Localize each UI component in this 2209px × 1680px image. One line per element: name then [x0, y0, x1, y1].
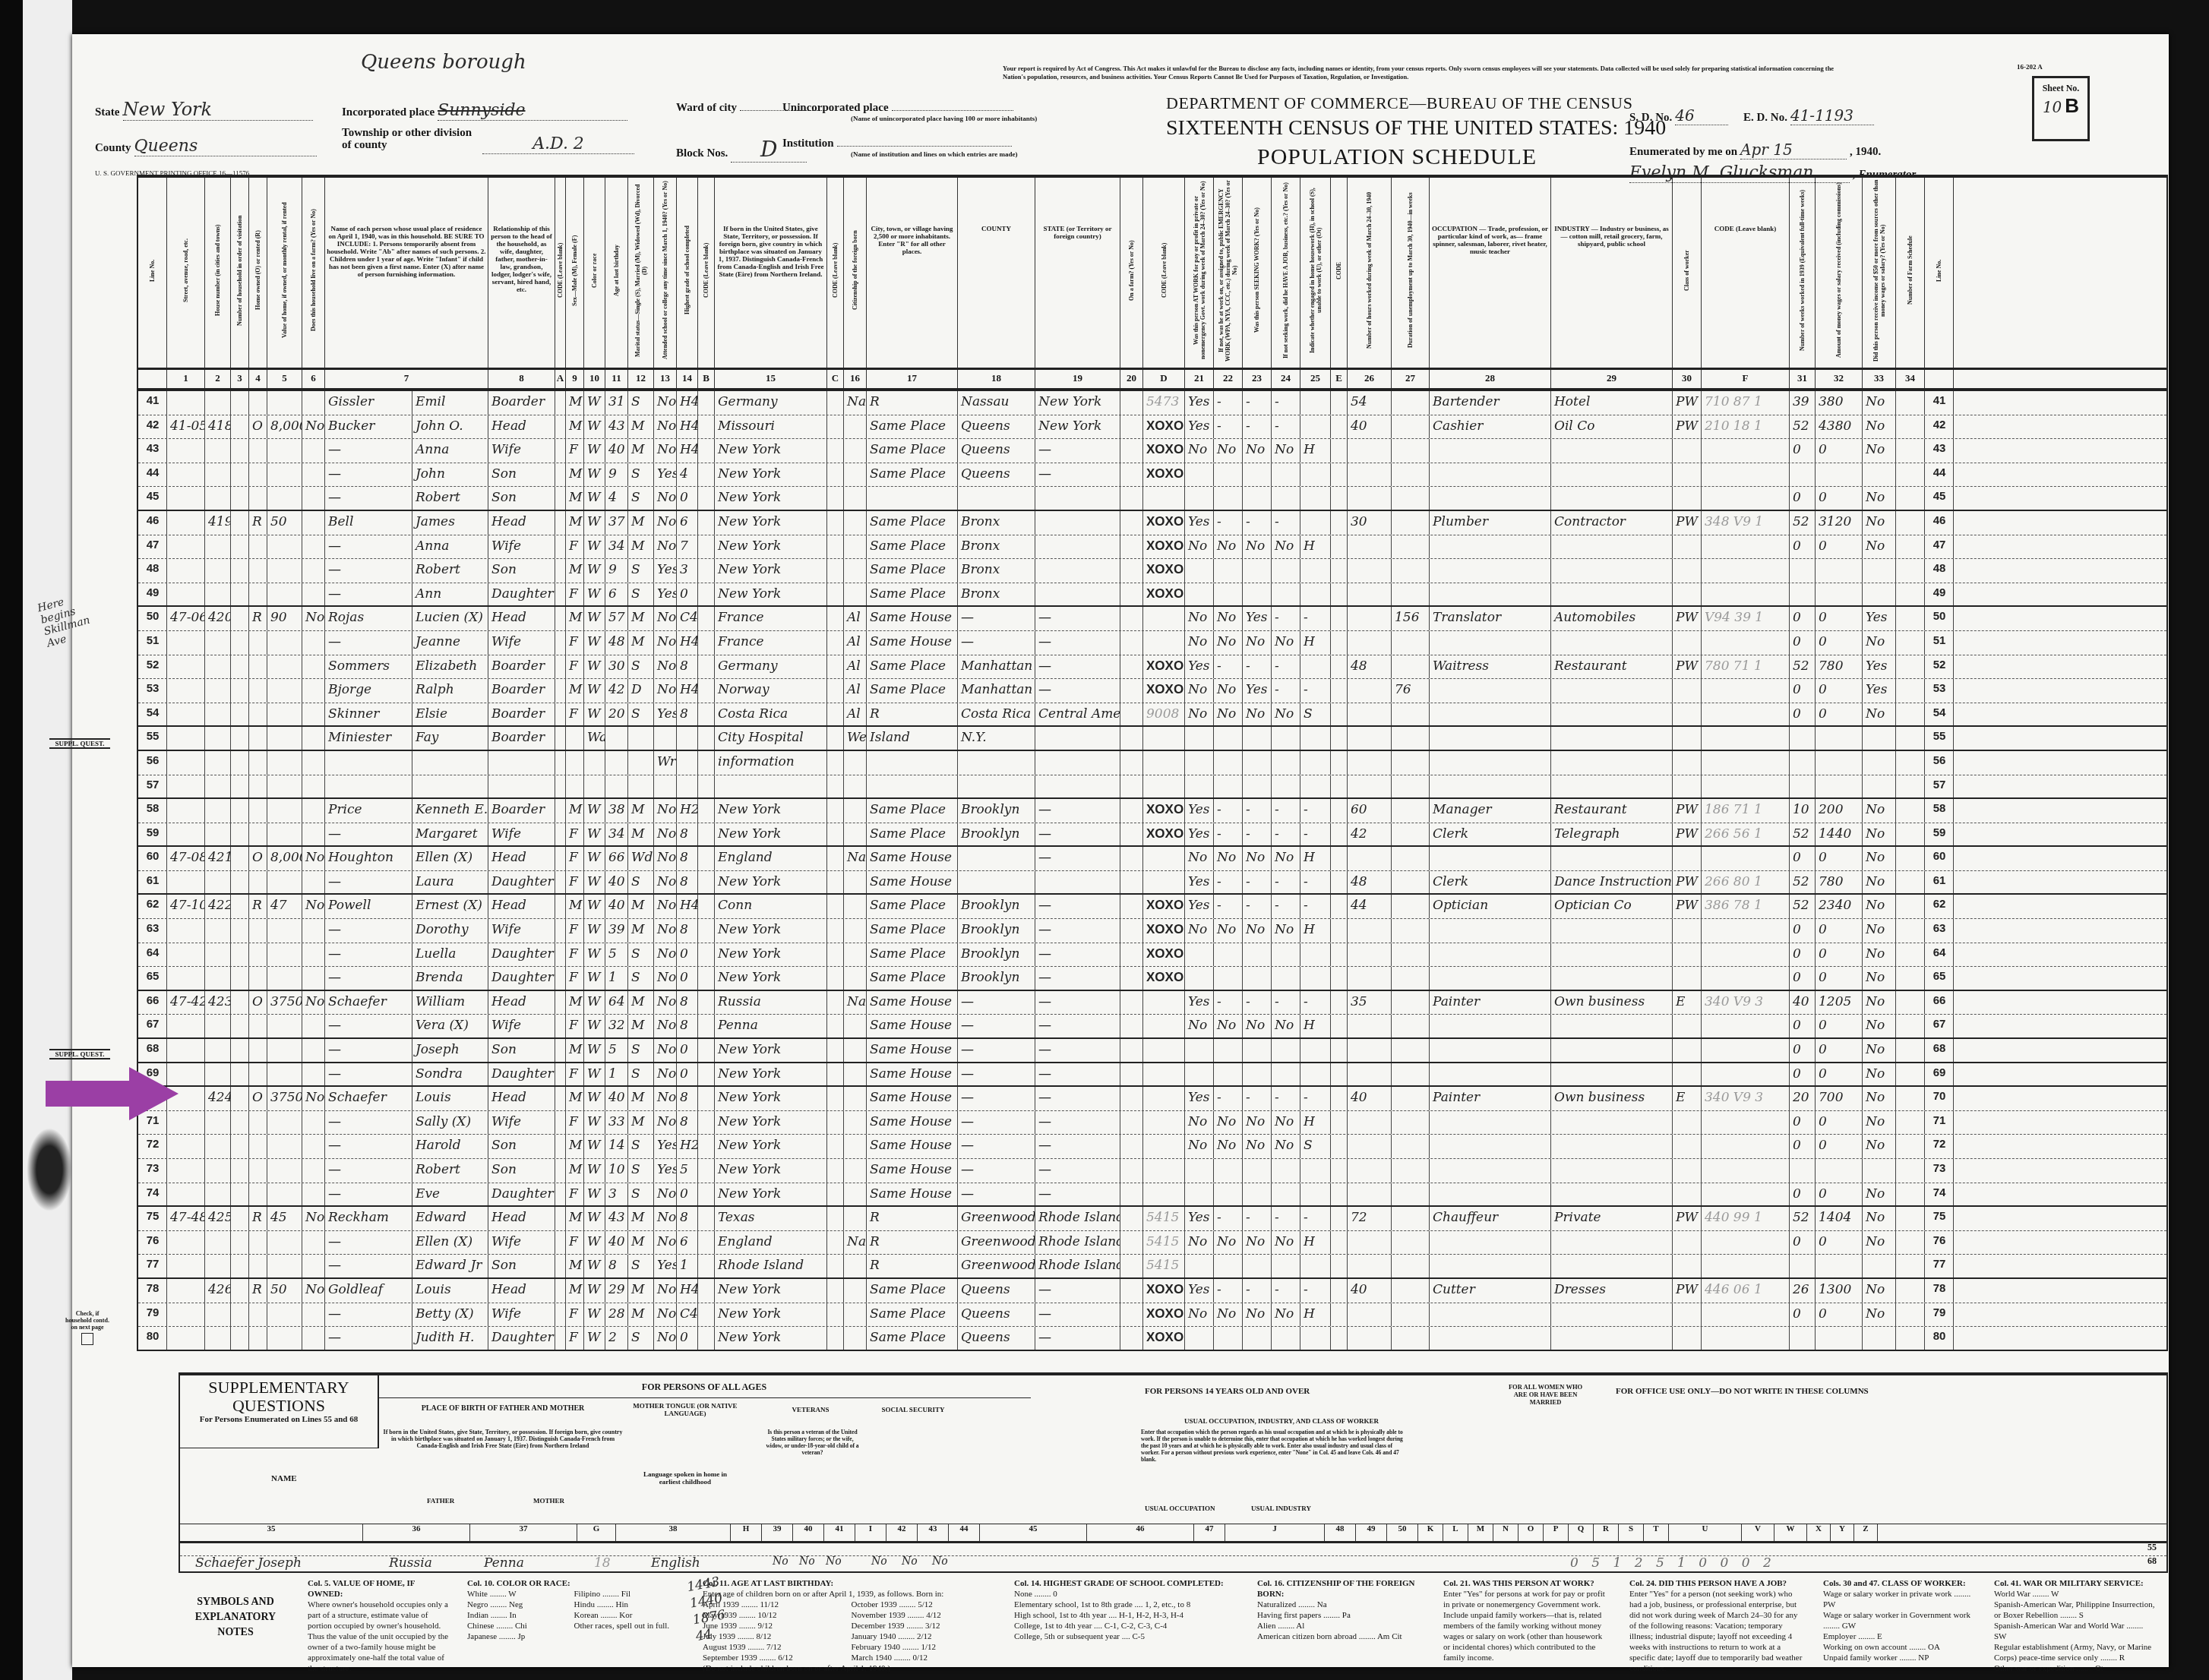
- cell-surname: —: [325, 535, 412, 559]
- cell-resstate: —: [1035, 1135, 1120, 1158]
- cell-34: [1896, 391, 1925, 415]
- cell-farm: No: [302, 991, 325, 1015]
- cell-C: [827, 463, 844, 487]
- cell-c25: [1300, 583, 1331, 606]
- line-number: 67: [138, 1015, 167, 1037]
- cell-sex: F: [566, 1063, 584, 1086]
- cell-hh: [231, 871, 249, 894]
- cell-hh: [231, 919, 249, 943]
- cell-c21: No: [1185, 703, 1214, 726]
- cell-given: Fay: [412, 727, 488, 750]
- cell-marital: M: [628, 919, 654, 943]
- cell-wages: [1816, 1255, 1863, 1277]
- cell-age: 43: [605, 1207, 628, 1230]
- cell-c24: -: [1272, 991, 1300, 1015]
- table-row: 46419R50BellJamesHeadMW37MNo6New YorkSam…: [138, 511, 2166, 535]
- cell-c27: [1392, 655, 1430, 679]
- cell-C: [827, 559, 844, 583]
- cell-rescity: Same Place: [867, 895, 958, 918]
- cell-c24: No: [1272, 703, 1300, 726]
- cell-otherinc: No: [1863, 703, 1896, 726]
- cell-A: [555, 919, 566, 943]
- cell-value: 47: [267, 895, 302, 918]
- cell-value: [267, 583, 302, 606]
- line-number: 48: [1925, 559, 1954, 583]
- cell-hh: [231, 1231, 249, 1255]
- cell-E: [1331, 1159, 1348, 1183]
- cell-surname: Bell: [325, 511, 412, 535]
- cell-class: [1673, 1111, 1702, 1135]
- cell-c21: [1185, 1159, 1214, 1183]
- cell-grade: 0: [677, 1039, 698, 1062]
- column-number: 34: [1896, 370, 1925, 388]
- cell-school: Yes: [654, 703, 677, 726]
- cell-hh: [231, 727, 249, 750]
- cell-A: [555, 727, 566, 750]
- cell-34: [1896, 1279, 1925, 1303]
- cell-c21: Yes: [1185, 823, 1214, 846]
- cell-20: [1120, 847, 1143, 870]
- cell-codef: [1702, 1159, 1790, 1183]
- cell-cit: Na: [844, 847, 867, 870]
- cell-c23: No: [1243, 439, 1272, 463]
- cell-c26: 44: [1348, 895, 1392, 918]
- cell-school: No: [654, 895, 677, 918]
- cell-school: No: [654, 415, 677, 439]
- cell-hh: [231, 847, 249, 870]
- cell-relation: Head: [488, 991, 555, 1015]
- cell-B: [698, 967, 715, 990]
- cell-birthplace: New York: [715, 1087, 827, 1110]
- cell-codef: [1702, 535, 1790, 559]
- cell-codef: 186 71 1: [1702, 799, 1790, 823]
- cell-occupation: Bartender: [1430, 391, 1551, 415]
- cell-sex: M: [566, 463, 584, 487]
- cell-industry: [1551, 559, 1673, 583]
- column-number: 5: [267, 370, 302, 388]
- cell-20: [1120, 1111, 1143, 1135]
- cell-house: [205, 391, 231, 415]
- cell-occupation: Cutter: [1430, 1279, 1551, 1303]
- cell-house: [205, 439, 231, 463]
- cell-occupation: Translator: [1430, 607, 1551, 630]
- cell-given: Jeanne: [412, 631, 488, 655]
- cell-occupation: Clerk: [1430, 823, 1551, 846]
- cell-hh: [231, 1063, 249, 1086]
- cell-given: Judith H.: [412, 1327, 488, 1350]
- cell-occupation: [1430, 847, 1551, 870]
- cell-race: W: [584, 703, 605, 726]
- table-row: 67—Vera (X)WifeFW32MNo8PennaSame House——…: [138, 1015, 2166, 1039]
- cell-E: [1331, 679, 1348, 703]
- cell-codeD: [1143, 1111, 1185, 1135]
- cell-rescounty: Brooklyn: [958, 919, 1035, 943]
- cell-race: W: [584, 1039, 605, 1062]
- cell-class: PW: [1673, 607, 1702, 630]
- cell-school: Yes: [654, 463, 677, 487]
- cell-weeks: [1790, 751, 1816, 775]
- continued-checkbox[interactable]: [81, 1333, 93, 1345]
- table-row: 56Wronginformation56: [138, 751, 2166, 775]
- cell-house: [205, 1135, 231, 1158]
- header-line_no: Line No.: [138, 178, 167, 368]
- cell-value: 90: [267, 607, 302, 630]
- cell-C: [827, 655, 844, 679]
- cell-c21: No: [1185, 679, 1214, 703]
- cell-age: 29: [605, 1279, 628, 1303]
- cell-occupation: [1430, 1183, 1551, 1206]
- column-number: 29: [1551, 370, 1673, 388]
- cell-farm: No: [302, 415, 325, 439]
- cell-birthplace: New York: [715, 487, 827, 510]
- cell-34: [1896, 1135, 1925, 1158]
- cell-own: [249, 655, 267, 679]
- cell-resstate: —: [1035, 823, 1120, 846]
- cell-weeks: 0: [1790, 919, 1816, 943]
- cell-birthplace: Russia: [715, 991, 827, 1015]
- note-item: Elementary school, 1st to 8th grade ....…: [1014, 1599, 1234, 1610]
- cell-grade: C4: [677, 607, 698, 630]
- supp-mother-birthplace: Penna: [484, 1555, 524, 1571]
- header-c23: Was this person SEEKING WORK? (Yes or No…: [1243, 178, 1272, 368]
- note-item: Alien ........ Al: [1257, 1621, 1424, 1631]
- legal-notice: Your report is required by Act of Congre…: [1003, 65, 1838, 81]
- cell-20: [1120, 1183, 1143, 1206]
- cell-weeks: 0: [1790, 703, 1816, 726]
- column-numbers: 12345678A91011121314B15C1617181920D21222…: [138, 370, 2166, 391]
- cell-c26: [1348, 751, 1392, 775]
- cell-c25: H: [1300, 1111, 1331, 1135]
- cell-codeD: 5415: [1143, 1255, 1185, 1277]
- cell-house: [205, 919, 231, 943]
- supp-column-number: 50: [1387, 1524, 1418, 1541]
- cell-occupation: [1430, 919, 1551, 943]
- supp-column-number: 46: [1087, 1524, 1194, 1541]
- note-col41: Col. 41. WAR OR MILITARY SERVICE:World W…: [1994, 1578, 2157, 1674]
- cell-B: [698, 655, 715, 679]
- note-item: November 1939 ........ 4/12: [852, 1610, 992, 1621]
- cell-A: [555, 535, 566, 559]
- cell-c27: 76: [1392, 679, 1430, 703]
- cell-grade: 8: [677, 703, 698, 726]
- header-c3: Number of household in order of visitati…: [231, 178, 249, 368]
- cell-value: [267, 559, 302, 583]
- cell-c27: [1392, 1303, 1430, 1327]
- cell-marital: M: [628, 631, 654, 655]
- cell-wages: [1816, 775, 1863, 798]
- line-number: 74: [138, 1183, 167, 1206]
- cell-c22: [1214, 1183, 1243, 1206]
- cell-age: 64: [605, 991, 628, 1015]
- cell-c26: [1348, 847, 1392, 870]
- cell-wages: [1816, 1327, 1863, 1350]
- cell-value: [267, 1111, 302, 1135]
- cell-cit: [844, 919, 867, 943]
- cell-C: [827, 1231, 844, 1255]
- cell-rescity: Same House: [867, 1015, 958, 1037]
- cell-c26: 42: [1348, 823, 1392, 846]
- cell-farm: [302, 1063, 325, 1086]
- cell-otherinc: [1863, 559, 1896, 583]
- cell-school: No: [654, 1207, 677, 1230]
- header-c27: Duration of unemployment up to March 30,…: [1392, 178, 1430, 368]
- supp-column-number: I: [855, 1524, 886, 1541]
- cell-c27: [1392, 967, 1430, 990]
- cell-industry: [1551, 775, 1673, 798]
- table-row: 59—MargaretWifeFW34MNo8New YorkSame Plac…: [138, 823, 2166, 848]
- note-item: Having first papers ........ Pa: [1257, 1610, 1424, 1621]
- cell-hh: [231, 943, 249, 967]
- cell-c23: No: [1243, 1135, 1272, 1158]
- cell-codeD: [1143, 1183, 1185, 1206]
- cell-codef: [1702, 631, 1790, 655]
- cell-industry: Private: [1551, 1207, 1673, 1230]
- cell-own: O: [249, 847, 267, 870]
- cell-rescity: Same House: [867, 1111, 958, 1135]
- cell-c25: [1300, 415, 1331, 439]
- cell-wages: 780: [1816, 871, 1863, 894]
- cell-B: [698, 991, 715, 1015]
- cell-house: 418: [205, 415, 231, 439]
- cell-rescounty: Bronx: [958, 535, 1035, 559]
- header-c15: If born in the United States, give State…: [715, 178, 827, 368]
- cell-own: [249, 1183, 267, 1206]
- cell-surname: —: [325, 967, 412, 990]
- cell-c24: No: [1272, 1135, 1300, 1158]
- cell-given: Sondra: [412, 1063, 488, 1086]
- cell-grade: 1: [677, 1255, 698, 1277]
- line-number: 76: [1925, 1231, 1954, 1255]
- cell-otherinc: Yes: [1863, 679, 1896, 703]
- note-item: September 1939 ........ 6/12: [703, 1653, 843, 1663]
- cell-industry: [1551, 703, 1673, 726]
- cell-farm: [302, 463, 325, 487]
- cell-otherinc: Yes: [1863, 655, 1896, 679]
- cell-c27: [1392, 895, 1430, 918]
- line-number: 50: [138, 607, 167, 630]
- cell-c24: No: [1272, 1111, 1300, 1135]
- cell-c21: [1185, 463, 1214, 487]
- cell-B: [698, 607, 715, 630]
- cell-E: [1331, 775, 1348, 798]
- cell-age: 4: [605, 487, 628, 510]
- cell-C: [827, 631, 844, 655]
- cell-20: [1120, 1279, 1143, 1303]
- cell-industry: [1551, 463, 1673, 487]
- sd-value: 46: [1675, 106, 1728, 125]
- cell-occupation: [1430, 751, 1551, 775]
- cell-house: 424: [205, 1087, 231, 1110]
- cell-relation: Daughter: [488, 871, 555, 894]
- cell-own: [249, 1135, 267, 1158]
- cell-street: [167, 583, 205, 606]
- cell-rescity: Same House: [867, 991, 958, 1015]
- line-number: 43: [138, 439, 167, 463]
- cell-age: 20: [605, 703, 628, 726]
- header-c18: COUNTY: [958, 178, 1035, 368]
- header-c2: House number (in cities and towns): [205, 178, 231, 368]
- cell-own: [249, 1327, 267, 1350]
- cell-c26: [1348, 1327, 1392, 1350]
- cell-race: W: [584, 1111, 605, 1135]
- cell-house: [205, 1063, 231, 1086]
- cell-class: PW: [1673, 895, 1702, 918]
- cell-A: [555, 463, 566, 487]
- cell-cit: Na: [844, 991, 867, 1015]
- cell-given: [412, 775, 488, 798]
- cell-c22: [1214, 1039, 1243, 1062]
- cell-marital: S: [628, 703, 654, 726]
- cell-own: [249, 1159, 267, 1183]
- cell-marital: S: [628, 1255, 654, 1277]
- cell-given: Joseph: [412, 1039, 488, 1062]
- cell-surname: —: [325, 1015, 412, 1037]
- column-number: 31: [1790, 370, 1816, 388]
- cell-school: Yes: [654, 1159, 677, 1183]
- table-row: 76—Ellen (X)WifeFW40MNo6EnglandNaRGreenw…: [138, 1231, 2166, 1255]
- cell-otherinc: [1863, 1255, 1896, 1277]
- ink-blot: [27, 1128, 72, 1211]
- supp-column-number: 38: [616, 1524, 731, 1541]
- cell-industry: [1551, 1303, 1673, 1327]
- cell-20: [1120, 703, 1143, 726]
- cell-c21: No: [1185, 535, 1214, 559]
- cell-codeD: [1143, 871, 1185, 894]
- cell-c26: 35: [1348, 991, 1392, 1015]
- cell-codef: 340 V9 3: [1702, 991, 1790, 1015]
- cell-surname: Houghton: [325, 847, 412, 870]
- cell-race: W: [584, 847, 605, 870]
- cell-sex: M: [566, 559, 584, 583]
- cell-wages: 200: [1816, 799, 1863, 823]
- cell-house: 426: [205, 1279, 231, 1303]
- line-number: 53: [1925, 679, 1954, 703]
- cell-C: [827, 607, 844, 630]
- cell-race: Was taken at: [584, 727, 605, 750]
- cell-marital: M: [628, 1087, 654, 1110]
- line-number: 56: [138, 751, 167, 775]
- cell-farm: [302, 1183, 325, 1206]
- table-row: 6047-08421O8,000NoHoughtonEllen (X)HeadF…: [138, 847, 2166, 871]
- cell-c24: [1272, 559, 1300, 583]
- cell-grade: 5: [677, 1159, 698, 1183]
- cell-c25: [1300, 727, 1331, 750]
- cell-house: [205, 1303, 231, 1327]
- cell-occupation: [1430, 559, 1551, 583]
- cell-relation: Wife: [488, 823, 555, 846]
- form-number: 16-202 A: [2017, 63, 2043, 71]
- cell-otherinc: [1863, 1159, 1896, 1183]
- cell-birthplace: New York: [715, 919, 827, 943]
- cell-farm: [302, 535, 325, 559]
- cell-resstate: —: [1035, 1039, 1120, 1062]
- cell-c24: [1272, 727, 1300, 750]
- note-col10: Col. 10. COLOR OR RACE:White ........ WN…: [467, 1578, 672, 1642]
- cell-c22: -: [1214, 655, 1243, 679]
- cell-birthplace: City Hospital: [715, 727, 827, 750]
- cell-E: [1331, 799, 1348, 823]
- cell-grade: 8: [677, 655, 698, 679]
- cell-cit: Na: [844, 391, 867, 415]
- cell-value: [267, 1231, 302, 1255]
- cell-B: [698, 775, 715, 798]
- cell-c21: No: [1185, 919, 1214, 943]
- cell-value: [267, 1327, 302, 1350]
- cell-weeks: 0: [1790, 967, 1816, 990]
- cell-school: No: [654, 799, 677, 823]
- cell-race: W: [584, 559, 605, 583]
- cell-occupation: [1430, 679, 1551, 703]
- cell-c25: H: [1300, 439, 1331, 463]
- cell-occupation: [1430, 1327, 1551, 1350]
- cell-own: [249, 871, 267, 894]
- cell-given: Emil: [412, 391, 488, 415]
- cell-c22: [1214, 463, 1243, 487]
- cell-C: [827, 391, 844, 415]
- cell-codef: [1702, 943, 1790, 967]
- cell-value: 3750: [267, 1087, 302, 1110]
- cell-class: [1673, 631, 1702, 655]
- cell-cit: [844, 439, 867, 463]
- cell-surname: —: [325, 1063, 412, 1086]
- header-cD: CODE (Leave blank): [1143, 178, 1185, 368]
- cell-industry: Telegraph: [1551, 823, 1673, 846]
- cell-codeD: [1143, 1063, 1185, 1086]
- cell-E: [1331, 1231, 1348, 1255]
- cell-rescounty: —: [958, 1159, 1035, 1183]
- cell-c25: -: [1300, 871, 1331, 894]
- cell-codeD: 5415: [1143, 1207, 1185, 1230]
- supp-father-birthplace: Russia: [389, 1555, 432, 1571]
- cell-occupation: [1430, 1063, 1551, 1086]
- cell-street: [167, 823, 205, 846]
- cell-value: [267, 943, 302, 967]
- cell-birthplace: Missouri: [715, 415, 827, 439]
- cell-otherinc: No: [1863, 1231, 1896, 1255]
- cell-c22: -: [1214, 1207, 1243, 1230]
- cell-c24: [1272, 775, 1300, 798]
- cell-c27: [1392, 1111, 1430, 1135]
- cell-A: [555, 1039, 566, 1062]
- cell-given: Lucien (X): [412, 607, 488, 630]
- line-number: 53: [138, 679, 167, 703]
- header-c4: Home owned (O) or rented (R): [249, 178, 267, 368]
- household-continued-check[interactable]: Check, if household contd. on next page: [65, 1310, 110, 1347]
- cell-cit: [844, 895, 867, 918]
- cell-wages: 0: [1816, 943, 1863, 967]
- state-field: State New York: [95, 99, 338, 121]
- cell-20: [1120, 1327, 1143, 1350]
- column-number: 21: [1185, 370, 1214, 388]
- cell-c22: [1214, 1255, 1243, 1277]
- cell-hh: [231, 1207, 249, 1230]
- cell-c26: 40: [1348, 415, 1392, 439]
- cell-given: John O.: [412, 415, 488, 439]
- cell-rescity: Same House: [867, 1039, 958, 1062]
- cell-c22: -: [1214, 1279, 1243, 1303]
- cell-C: [827, 1327, 844, 1350]
- population-table: Line No.Street, avenue, road, etc.House …: [137, 175, 2168, 1351]
- notes-title: SYMBOLS AND EXPLANATORY NOTES: [194, 1595, 277, 1641]
- cell-34: [1896, 559, 1925, 583]
- cell-farm: [302, 1327, 325, 1350]
- cell-c25: [1300, 655, 1331, 679]
- cell-given: Louis: [412, 1087, 488, 1110]
- cell-race: W: [584, 1279, 605, 1303]
- cell-34: [1896, 655, 1925, 679]
- cell-rescounty: Greenwood: [958, 1231, 1035, 1255]
- cell-relation: Wife: [488, 439, 555, 463]
